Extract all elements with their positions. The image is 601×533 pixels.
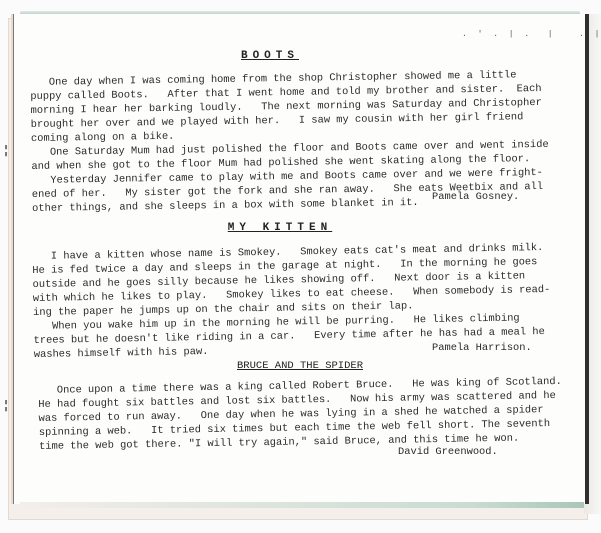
staple-mark: ▮▮: [4, 400, 12, 414]
story-title: MY KITTEN: [200, 222, 360, 234]
story-title: BRUCE AND THE SPIDER: [225, 360, 375, 372]
story-body: Once upon a time there was a king called…: [38, 375, 563, 454]
ruler-marks: . ' . | . | . |: [462, 30, 601, 39]
staple-mark: ▮▮: [4, 145, 12, 159]
author-signature: Pamela Gosney.: [432, 191, 519, 203]
author-signature: David Greenwood.: [398, 446, 498, 458]
author-signature: Pamela Harrison.: [432, 342, 532, 354]
binder-bottom-edge: [20, 502, 584, 508]
story-title: BOOTS: [200, 50, 340, 62]
